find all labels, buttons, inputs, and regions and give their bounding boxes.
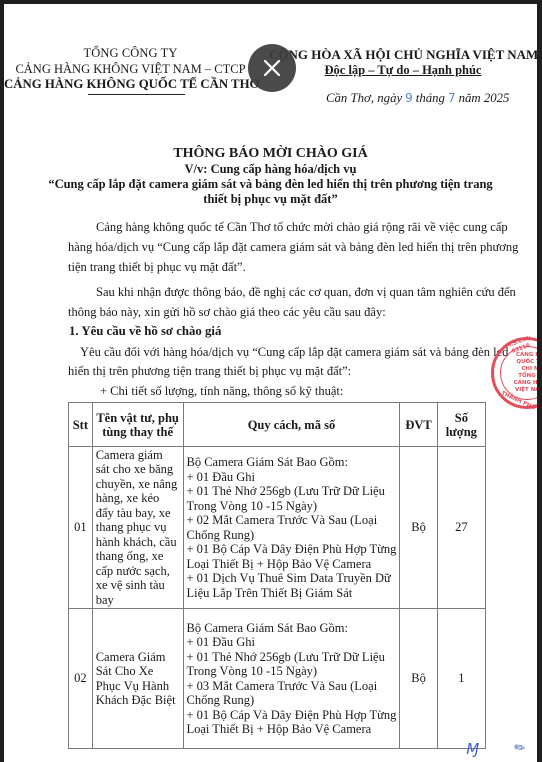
document-title: THÔNG BÁO MỜI CHÀO GIÁ <box>4 146 537 162</box>
spec-line: + 01 Đầu Ghi <box>187 470 397 485</box>
document-page: TỔNG CÔNG TY CẢNG HÀNG KHÔNG VIỆT NAM – … <box>4 4 537 762</box>
header-qty-line-1: Số <box>438 411 485 425</box>
viewer-frame-edge <box>537 0 542 762</box>
date-line: Cần Thơ, ngày9tháng7năm 2025 <box>326 91 509 106</box>
spec-line: Loại Thiết Bị + Hộp Bảo Vệ Camera <box>187 722 397 737</box>
org-underline-divider <box>88 94 185 95</box>
date-year: năm 2025 <box>459 91 510 105</box>
header-item-name-line-2: tùng thay thế <box>96 425 180 439</box>
paragraph-1-line-1: Cảng hàng không quốc tế Cần Thơ tổ chức … <box>96 220 508 235</box>
stamp-line: VIỆT NAM <box>510 387 537 394</box>
stamp-line: CẢNG HÀ <box>510 352 537 359</box>
cell-qty: 27 <box>437 447 485 609</box>
spec-line: Loại Thiết Bị + Hộp Bảo Vệ Camera <box>187 557 397 572</box>
paragraph-3-line-2: hiển thị trên phương tiện trang thiết bị… <box>68 364 351 379</box>
national-motto: Độc lập – Tự do – Hạnh phúc <box>269 63 537 78</box>
header-qty: Số lượng <box>437 403 485 447</box>
stamp-line: TỔNG C <box>510 373 537 380</box>
section-1-heading: 1. Yêu cầu về hồ sơ chào giá <box>69 324 221 339</box>
header-item-name: Tên vật tư, phụ tùng thay thế <box>92 403 183 447</box>
paragraph-2-line-2: thông báo này, xin gửi hồ sơ chào giá th… <box>68 305 386 320</box>
spec-line: + 01 Dịch Vụ Thuê Sim Data Truyền Dữ <box>187 571 397 586</box>
spec-line: Liệu Lắp Trên Thiết Bị Giám Sát <box>187 586 397 601</box>
org-parent: TỔNG CÔNG TY <box>4 46 257 61</box>
table-header-row: Stt Tên vật tư, phụ tùng thay thế Quy cá… <box>69 403 486 447</box>
spec-line: + 01 Đầu Ghi <box>187 635 397 650</box>
cell-stt: 01 <box>69 447 93 609</box>
spec-line: Chống Rung) <box>187 693 397 708</box>
header-stt: Stt <box>69 403 93 447</box>
document-subject: V/v: Cung cấp hàng hóa/dịch vụ <box>4 162 537 177</box>
bullet-specs: + Chi tiết số lượng, tính năng, thông số… <box>100 384 343 399</box>
cell-spec: Bộ Camera Giám Sát Bao Gồm: + 01 Đầu Ghi… <box>183 609 400 749</box>
items-table: Stt Tên vật tư, phụ tùng thay thế Quy cá… <box>68 402 486 749</box>
cell-unit: Bộ <box>400 447 437 609</box>
close-button[interactable] <box>248 44 296 92</box>
paragraph-1-line-2: hàng hóa/dịch vụ “Cung cấp lắp đặt camer… <box>68 240 518 255</box>
org-corporation: CẢNG HÀNG KHÔNG VIỆT NAM – CTCP <box>4 62 257 77</box>
signature-initials-1: Ɱ <box>466 740 479 758</box>
header-spec: Quy cách, mã số <box>183 403 400 447</box>
cell-qty: 1 <box>437 609 485 749</box>
stamp-line: QUỐC TẾ <box>510 359 537 366</box>
spec-line: + 03 Mắt Camera Trước Và Sau (Loại <box>187 679 397 694</box>
spec-line: + 01 Bộ Cáp Và Dây Điện Phù Hợp Từng <box>187 708 397 723</box>
date-prefix: Cần Thơ, ngày <box>326 91 402 105</box>
close-icon <box>262 58 282 78</box>
org-airport: CẢNG HÀNG KHÔNG QUỐC TẾ CẦN THƠ <box>4 77 257 92</box>
cell-stt: 02 <box>69 609 93 749</box>
header-qty-line-2: lượng <box>438 425 485 439</box>
spec-line: + 02 Mắt Camera Trước Và Sau (Loại <box>187 513 397 528</box>
cell-item-name: Camera giám sát cho xe băng chuyền, xe n… <box>92 447 183 609</box>
spec-line: Trong Vòng 10 -15 Ngày) <box>187 664 397 679</box>
spec-line: + 01 Thẻ Nhớ 256gb (Lưu Trữ Dữ Liệu <box>187 484 397 499</box>
stamp-line: CẢNG HÀN <box>510 380 537 387</box>
document-quote-line-2: thiết bị phục vụ mặt đất” <box>4 192 537 207</box>
header-item-name-line-1: Tên vật tư, phụ <box>96 411 180 425</box>
header-unit: ĐVT <box>400 403 437 447</box>
stamp-line: CHI N <box>510 366 537 373</box>
spec-line: Trong Vòng 10 -15 Ngày) <box>187 499 397 514</box>
signature-initials-2: ✎ <box>512 739 530 758</box>
table-row: 02 Camera Giám Sát Cho Xe Phục Vụ Hành K… <box>69 609 486 749</box>
spec-line: Chống Rung) <box>187 528 397 543</box>
spec-line: + 01 Bộ Cáp Và Dây Điện Phù Hợp Từng <box>187 542 397 557</box>
document-quote-line-1: “Cung cấp lắp đặt camera giám sát và bản… <box>4 177 537 192</box>
national-title: CỘNG HÒA XÃ HỘI CHỦ NGHĨA VIỆT NAM <box>269 47 537 63</box>
spec-line: Bộ Camera Giám Sát Bao Gồm: <box>187 455 397 470</box>
cell-item-name: Camera Giám Sát Cho Xe Phục Vụ Hành Khác… <box>92 609 183 749</box>
spec-line: + 01 Thẻ Nhớ 256gb (Lưu Trữ Dữ Liệu <box>187 650 397 665</box>
cell-spec: Bộ Camera Giám Sát Bao Gồm: + 01 Đầu Ghi… <box>183 447 400 609</box>
paragraph-1-line-3: tiện trang thiết bị phục vụ mặt đất”. <box>68 260 246 275</box>
date-day: 9 <box>402 91 416 105</box>
date-month-label: tháng <box>416 91 445 105</box>
cell-unit: Bộ <box>400 609 437 749</box>
table-row: 01 Camera giám sát cho xe băng chuyền, x… <box>69 447 486 609</box>
date-month: 7 <box>445 91 459 105</box>
spec-line: Bộ Camera Giám Sát Bao Gồm: <box>187 621 397 636</box>
paragraph-3-line-1: Yêu cầu đối với hàng hóa/dịch vụ “Cung c… <box>80 345 508 360</box>
paragraph-2-line-1: Sau khi nhận được thông báo, đề nghị các… <box>96 285 516 300</box>
